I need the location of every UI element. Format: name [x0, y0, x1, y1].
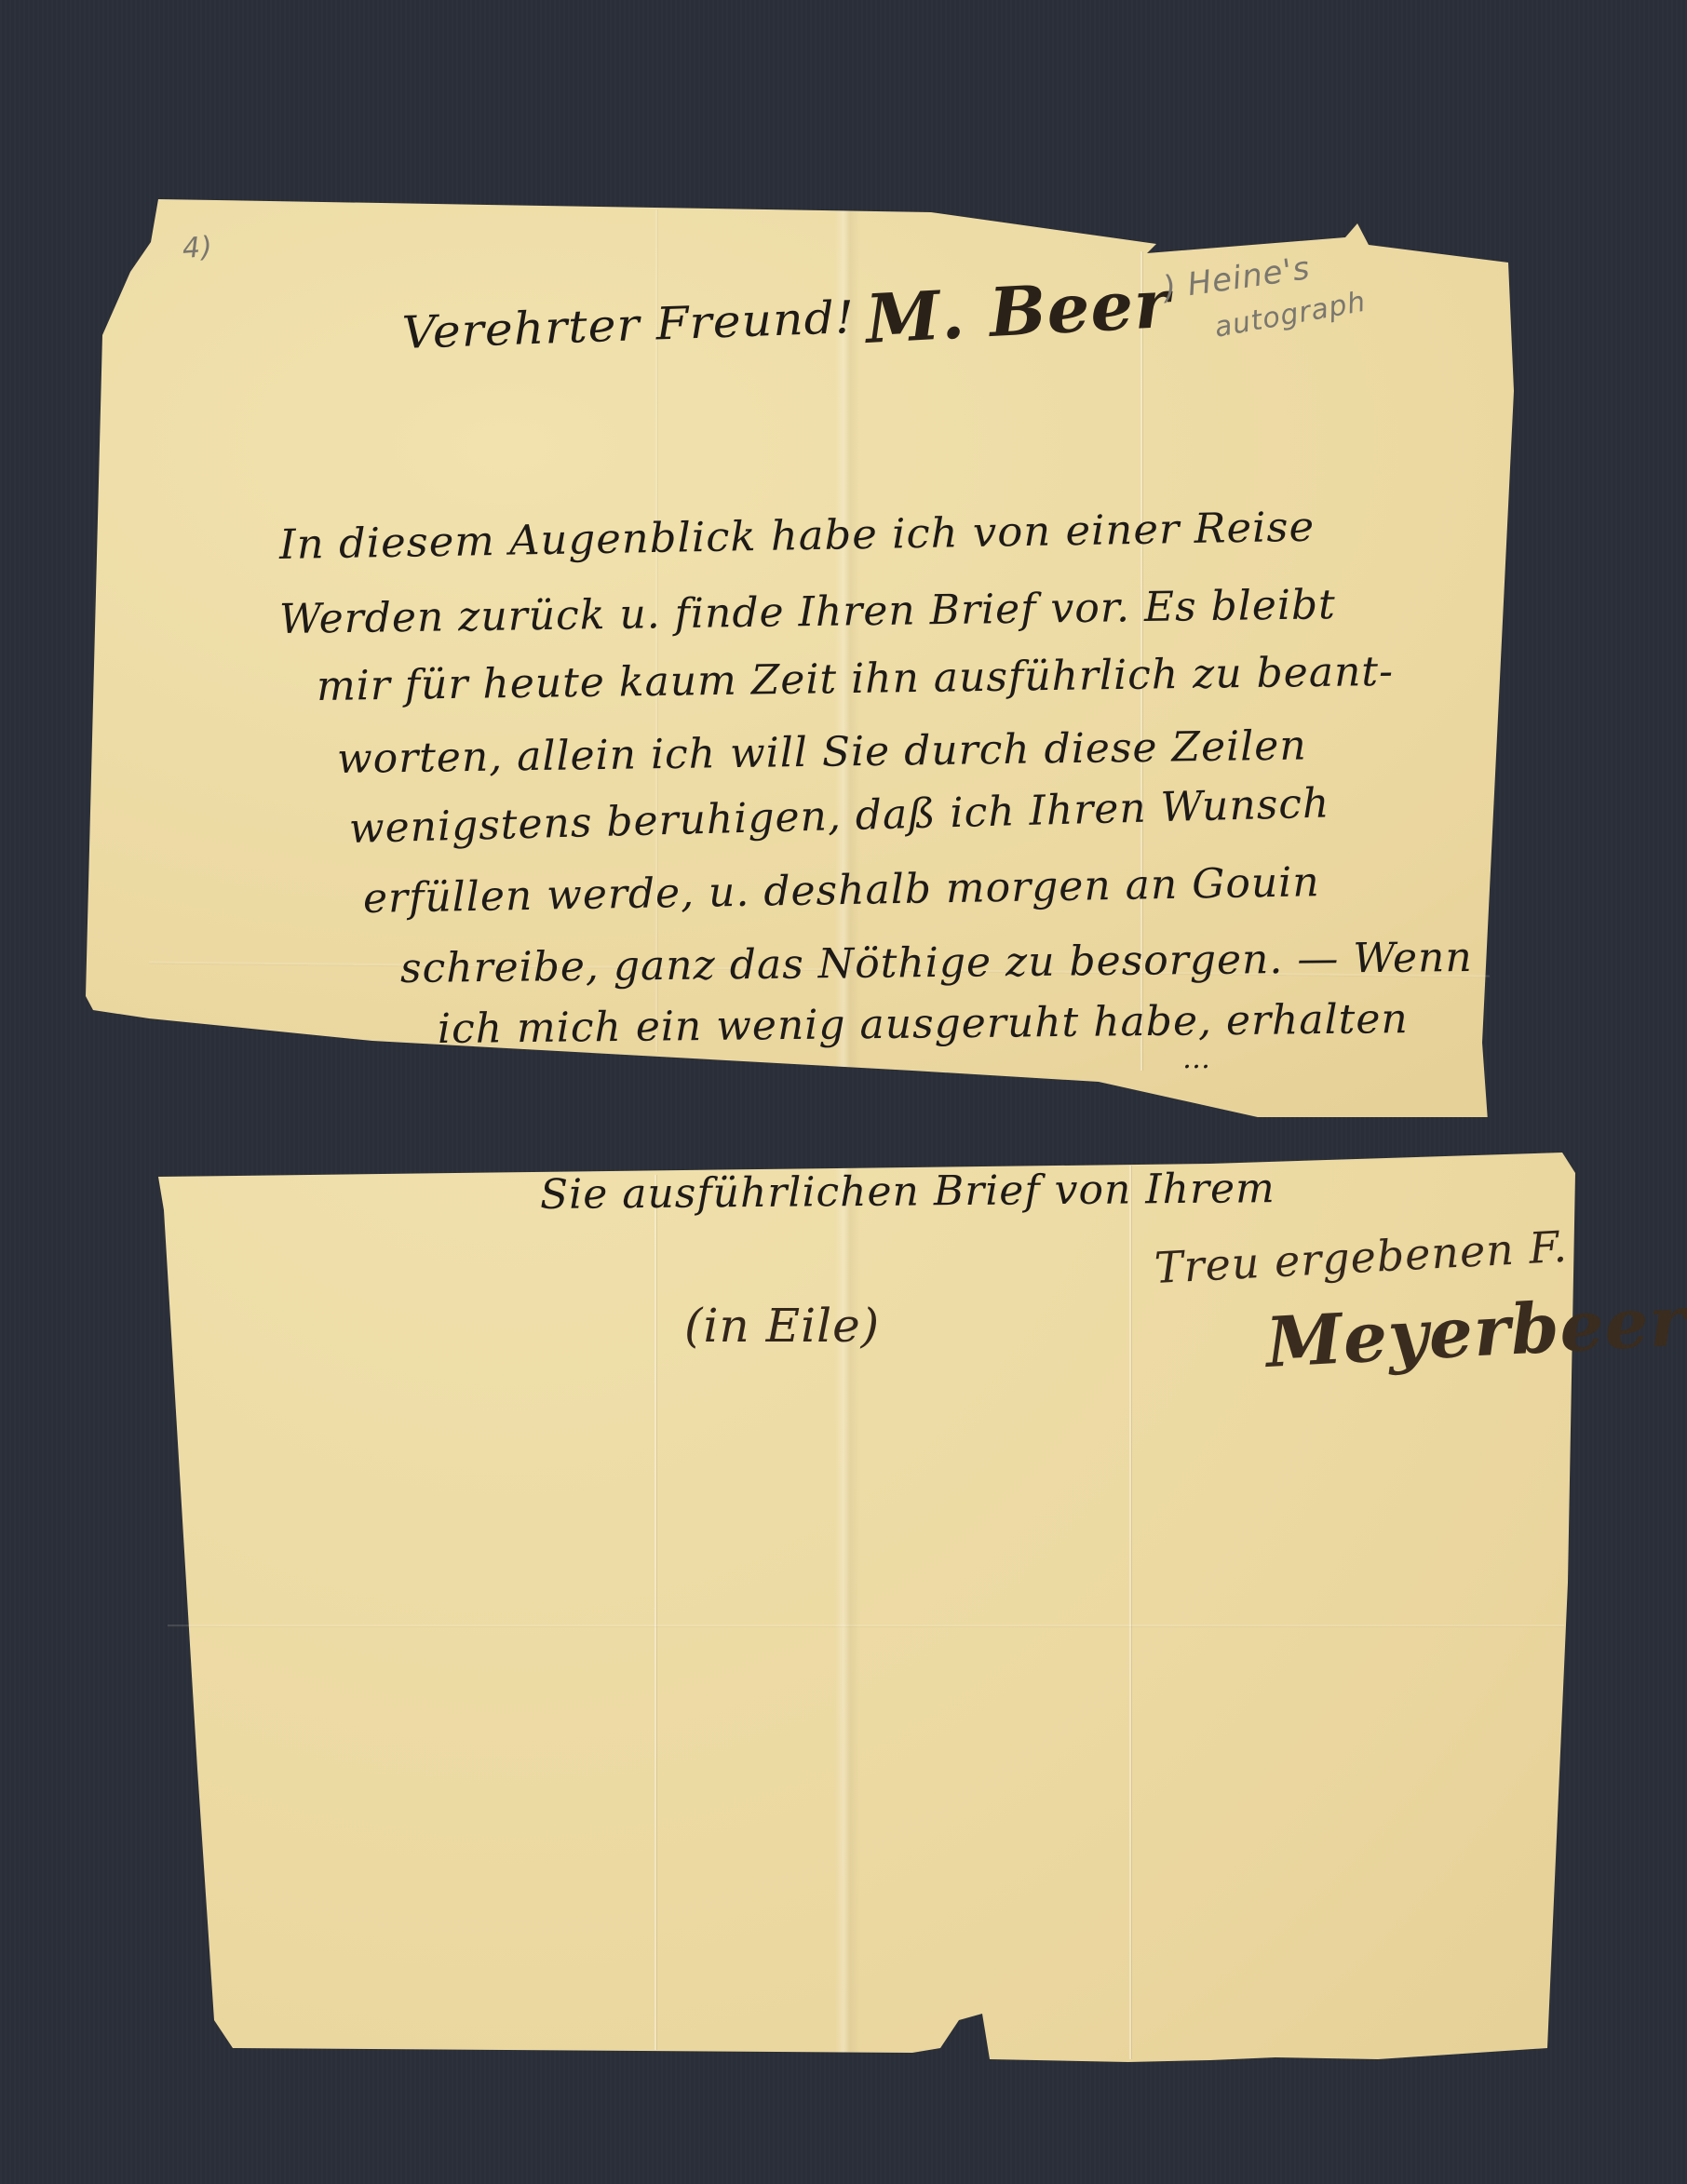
continuation-line: Sie ausführlichen Brief von Ihrem — [540, 1165, 1275, 1219]
body-line-cut-off: … — [1182, 1043, 1211, 1075]
folio-number: 4) — [182, 231, 214, 265]
letterhead-signature: M. Beer — [864, 263, 1172, 358]
body-line-8: ich mich ein wenig ausgeruht habe, erhal… — [438, 995, 1409, 1053]
margin-note: (in Eile) — [684, 1299, 880, 1353]
fold-crease — [168, 1625, 1564, 1626]
fold-crease — [1129, 1166, 1131, 2059]
fold-crease — [655, 1175, 656, 2050]
